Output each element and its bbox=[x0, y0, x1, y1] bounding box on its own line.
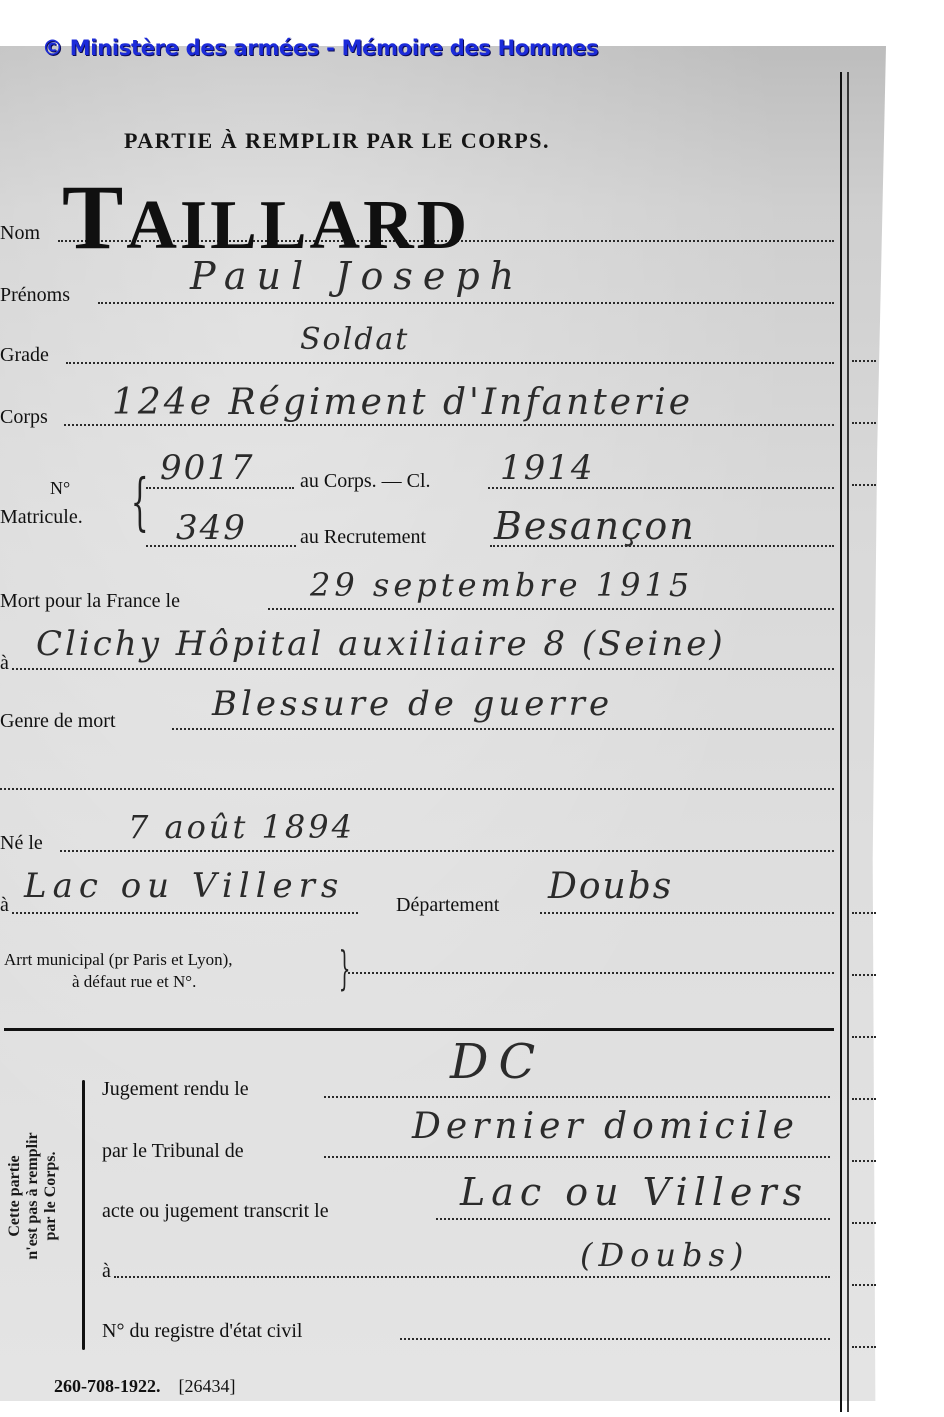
transcrit-a-value: (Doubs) bbox=[580, 1236, 749, 1274]
prenoms-value: Paul Joseph bbox=[190, 254, 524, 298]
margin-dots bbox=[852, 912, 876, 914]
matricule-corps-number: 9017 bbox=[160, 448, 255, 488]
margin-dots bbox=[852, 422, 876, 424]
corps-line bbox=[64, 424, 834, 426]
ne-a-value: Lac ou Villers bbox=[24, 866, 344, 906]
ne-a-label: à bbox=[0, 894, 9, 917]
margin-dots bbox=[852, 974, 876, 976]
arrondissement-label: Arrt municipal (pr Paris et Lyon), bbox=[4, 950, 233, 970]
margin-dots bbox=[852, 1346, 876, 1348]
tribunal-value: Dernier domicile bbox=[412, 1106, 799, 1147]
nom-label: Nom bbox=[0, 222, 40, 245]
transcrit-value: Lac ou Villers bbox=[460, 1170, 808, 1214]
genre-de-mort-label: Genre de mort bbox=[0, 710, 116, 733]
civil-section-brace bbox=[82, 1080, 85, 1350]
tribunal-line bbox=[324, 1156, 830, 1158]
matricule-label: Matricule. bbox=[0, 506, 83, 529]
copyright-watermark: © Ministère des armées - Mémoire des Hom… bbox=[42, 36, 598, 60]
matricule-corps-label: au Corps. — Cl. bbox=[300, 470, 431, 493]
section-separator bbox=[4, 1028, 834, 1031]
right-margin-rule bbox=[840, 72, 842, 1412]
recrutement-value: Besançon bbox=[494, 504, 696, 548]
matricule-brace: { bbox=[131, 462, 149, 542]
mort-le-line bbox=[268, 608, 834, 610]
grade-line bbox=[66, 362, 834, 364]
prenoms-line bbox=[98, 302, 834, 304]
ne-a-line bbox=[12, 912, 358, 914]
registre-line bbox=[400, 1338, 830, 1340]
print-code: 260-708-1922. bbox=[54, 1376, 161, 1396]
arrondissement-brace: } bbox=[339, 940, 351, 996]
mort-le-label: Mort pour la France le bbox=[0, 590, 180, 613]
mort-a-line bbox=[12, 668, 834, 670]
grade-value: Soldat bbox=[300, 322, 409, 357]
genre-de-mort-line bbox=[172, 728, 834, 730]
margin-dots bbox=[852, 484, 876, 486]
jugement-label: Jugement rendu le bbox=[102, 1078, 249, 1101]
ne-le-label: Né le bbox=[0, 832, 43, 855]
margin-dots bbox=[852, 1160, 876, 1162]
departement-line bbox=[540, 912, 834, 914]
departement-value: Doubs bbox=[548, 866, 673, 907]
transcrit-a-line bbox=[114, 1276, 830, 1278]
margin-dots bbox=[852, 360, 876, 362]
jugement-line bbox=[324, 1096, 830, 1098]
recrutement-label: au Recrutement bbox=[300, 526, 426, 549]
registre-label: N° du registre d'état civil bbox=[102, 1320, 302, 1343]
matricule-recrutement-number: 349 bbox=[176, 508, 247, 548]
mort-le-value: 29 septembre 1915 bbox=[310, 566, 693, 604]
corps-label: Corps bbox=[0, 406, 48, 429]
corps-value: 124e Régiment d'Infanterie bbox=[112, 382, 693, 423]
mort-a-label: à bbox=[0, 652, 9, 675]
transcrit-label: acte ou jugement transcrit le bbox=[102, 1200, 329, 1223]
tribunal-label: par le Tribunal de bbox=[102, 1140, 244, 1163]
form-title: PARTIE À REMPLIR PAR LE CORPS. bbox=[124, 128, 550, 154]
margin-dots bbox=[852, 1222, 876, 1224]
civil-section-side-note: Cette partie n'est pas à remplir par le … bbox=[6, 1096, 60, 1296]
transcrit-line bbox=[436, 1218, 830, 1220]
ne-le-line bbox=[60, 850, 834, 852]
margin-dots bbox=[852, 1036, 876, 1038]
departement-label: Département bbox=[396, 894, 499, 917]
prenoms-label: Prénoms bbox=[0, 284, 70, 307]
margin-dots bbox=[852, 1284, 876, 1286]
classe-value: 1914 bbox=[500, 448, 595, 488]
genre-de-mort-value: Blessure de guerre bbox=[212, 684, 613, 724]
right-margin-rule-inner bbox=[847, 72, 849, 1412]
arrondissement-line bbox=[348, 972, 834, 974]
ne-le-value: 7 août 1894 bbox=[128, 808, 355, 846]
grade-label: Grade bbox=[0, 344, 49, 367]
margin-dots bbox=[852, 1098, 876, 1100]
print-reference: [26434] bbox=[179, 1376, 236, 1396]
blank-line bbox=[0, 788, 834, 790]
transcrit-a-label: à bbox=[102, 1260, 111, 1283]
arrondissement-label-2: à défaut rue et N°. bbox=[72, 972, 196, 992]
mort-a-value: Clichy Hôpital auxiliaire 8 (Seine) bbox=[36, 624, 726, 664]
jugement-value: DC bbox=[450, 1034, 545, 1090]
form-print-code: 260-708-1922.[26434] bbox=[54, 1376, 236, 1397]
matricule-label-no: N° bbox=[50, 478, 70, 499]
